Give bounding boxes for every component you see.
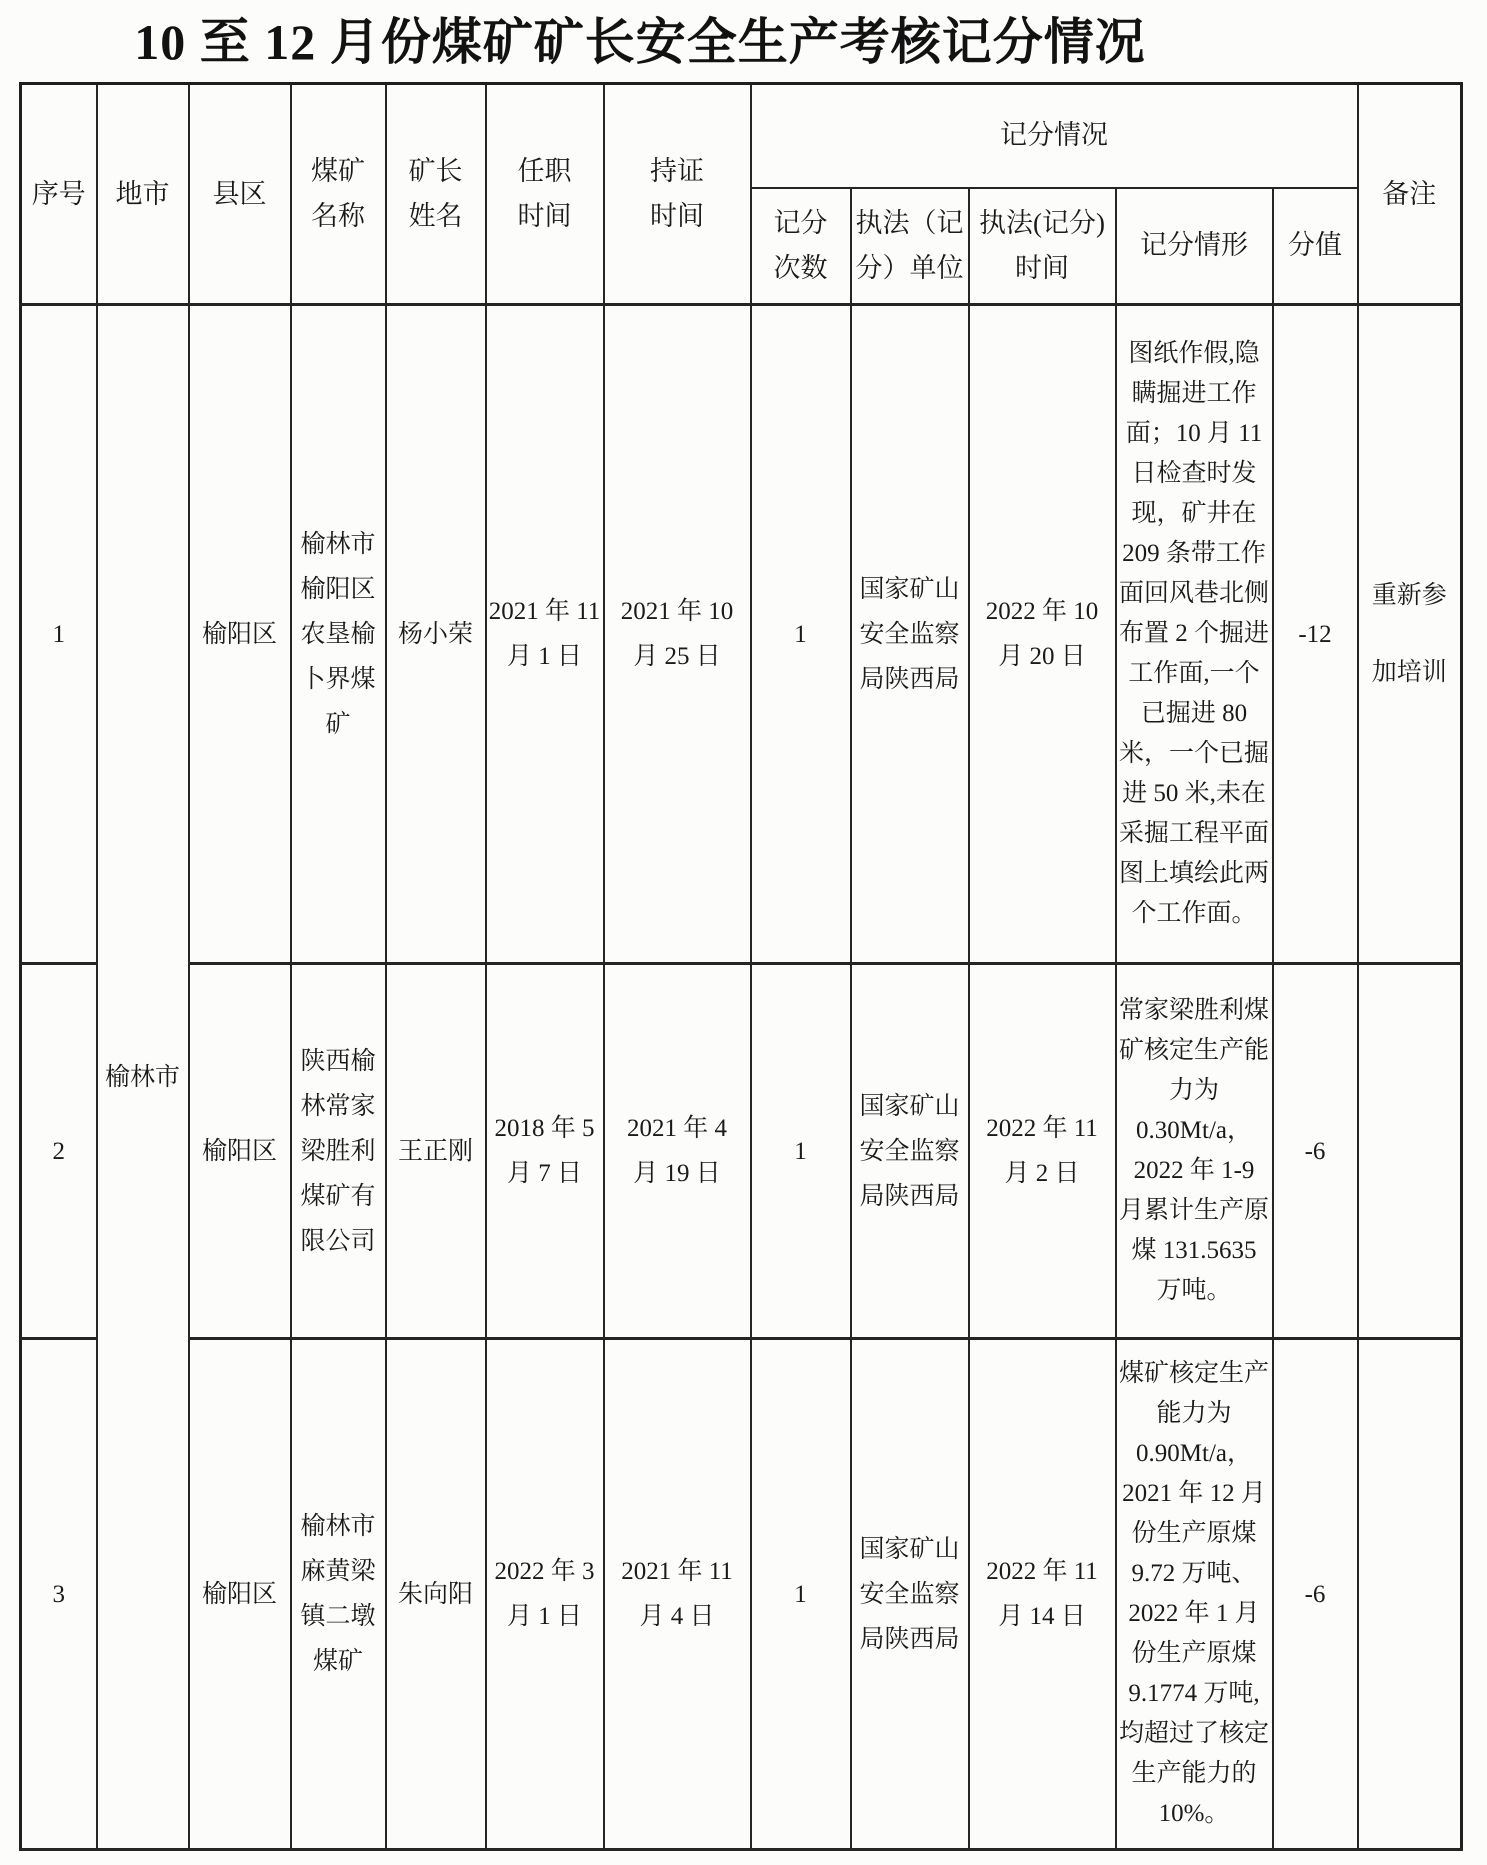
table-header: 序号 地市 县区 煤矿 名称 矿长 姓名 任职 时间 持证 时间 记分情况 备注… — [21, 84, 1462, 305]
cell-serial: 3 — [21, 1339, 97, 1850]
cell-county: 榆阳区 — [189, 305, 291, 964]
header-row-main: 序号 地市 县区 煤矿 名称 矿长 姓名 任职 时间 持证 时间 记分情况 备注 — [21, 84, 1462, 188]
cell-serial: 2 — [21, 964, 97, 1339]
header-appointment-time: 任职 时间 — [486, 84, 604, 305]
cell-city-merged: 榆林市 — [97, 305, 189, 1850]
cell-mine-name: 榆林市 榆阳区 农垦榆 卜界煤 矿 — [291, 305, 386, 964]
cell-score-value: -6 — [1273, 964, 1358, 1339]
header-score-count: 记分 次数 — [751, 188, 851, 305]
cell-score-detail: 常家梁胜利煤矿核定生产能力为 0.30Mt/a，2022 年 1-9 月累计生产… — [1116, 964, 1273, 1339]
cell-county: 榆阳区 — [189, 964, 291, 1339]
table-row: 2 榆阳区 陕西榆 林常家 梁胜利 煤矿有 限公司 王正刚 2018 年 5 月… — [21, 964, 1462, 1339]
cell-appointment-time: 2021 年 11 月 1 日 — [486, 305, 604, 964]
cell-score-value: -12 — [1273, 305, 1358, 964]
cell-mine-name: 陕西榆 林常家 梁胜利 煤矿有 限公司 — [291, 964, 386, 1339]
header-director-name: 矿长 姓名 — [386, 84, 486, 305]
cell-mine-name: 榆林市 麻黄梁 镇二墩 煤矿 — [291, 1339, 386, 1850]
cell-county: 榆阳区 — [189, 1339, 291, 1850]
cell-remark — [1358, 964, 1462, 1339]
cell-enforcement-unit: 国家矿山 安全监察 局陕西局 — [851, 1339, 969, 1850]
cell-enforcement-unit: 国家矿山 安全监察 局陕西局 — [851, 305, 969, 964]
page-title: 10 至 12 月份煤矿矿长安全生产考核记分情况 — [130, 2, 1150, 74]
cell-appointment-time: 2018 年 5 月 7 日 — [486, 964, 604, 1339]
cell-director-name: 杨小荣 — [386, 305, 486, 964]
header-county: 县区 — [189, 84, 291, 305]
cell-serial: 1 — [21, 305, 97, 964]
cell-director-name: 朱向阳 — [386, 1339, 486, 1850]
header-mine-name: 煤矿 名称 — [291, 84, 386, 305]
table-row: 3 榆阳区 榆林市 麻黄梁 镇二墩 煤矿 朱向阳 2022 年 3 月 1 日 … — [21, 1339, 1462, 1850]
cell-enforcement-time: 2022 年 11 月 2 日 — [969, 964, 1116, 1339]
header-score-detail: 记分情形 — [1116, 188, 1273, 305]
cell-score-count: 1 — [751, 964, 851, 1339]
cell-certificate-time: 2021 年 11 月 4 日 — [604, 1339, 751, 1850]
cell-certificate-time: 2021 年 10 月 25 日 — [604, 305, 751, 964]
header-enforcement-unit: 执法（记 分）单位 — [851, 188, 969, 305]
cell-remark: 重新参 加培训 — [1358, 305, 1462, 964]
score-record-table: 序号 地市 县区 煤矿 名称 矿长 姓名 任职 时间 持证 时间 记分情况 备注… — [19, 82, 1463, 1851]
header-serial: 序号 — [21, 84, 97, 305]
header-remark: 备注 — [1358, 84, 1462, 305]
cell-score-count: 1 — [751, 1339, 851, 1850]
cell-enforcement-time: 2022 年 11 月 14 日 — [969, 1339, 1116, 1850]
header-enforcement-time: 执法(记分) 时间 — [969, 188, 1116, 305]
cell-score-detail: 图纸作假,隐瞒掘进工作面；10 月 11 日检查时发现，矿井在 209 条带工作… — [1116, 305, 1273, 964]
header-score-group: 记分情况 — [751, 84, 1358, 188]
header-score-value: 分值 — [1273, 188, 1358, 305]
cell-score-value: -6 — [1273, 1339, 1358, 1850]
table-body: 1 榆林市 榆阳区 榆林市 榆阳区 农垦榆 卜界煤 矿 杨小荣 2021 年 1… — [21, 305, 1462, 1850]
cell-director-name: 王正刚 — [386, 964, 486, 1339]
cell-remark — [1358, 1339, 1462, 1850]
cell-enforcement-unit: 国家矿山 安全监察 局陕西局 — [851, 964, 969, 1339]
cell-score-detail: 煤矿核定生产能力为 0.90Mt/a，2021 年 12 月份生产原煤 9.72… — [1116, 1339, 1273, 1850]
cell-enforcement-time: 2022 年 10 月 20 日 — [969, 305, 1116, 964]
table-row: 1 榆林市 榆阳区 榆林市 榆阳区 农垦榆 卜界煤 矿 杨小荣 2021 年 1… — [21, 305, 1462, 964]
cell-certificate-time: 2021 年 4 月 19 日 — [604, 964, 751, 1339]
cell-appointment-time: 2022 年 3 月 1 日 — [486, 1339, 604, 1850]
cell-score-count: 1 — [751, 305, 851, 964]
header-certificate-time: 持证 时间 — [604, 84, 751, 305]
document-page: 10 至 12 月份煤矿矿长安全生产考核记分情况 序号 地市 县区 煤矿 名称 … — [0, 0, 1487, 1865]
header-city: 地市 — [97, 84, 189, 305]
